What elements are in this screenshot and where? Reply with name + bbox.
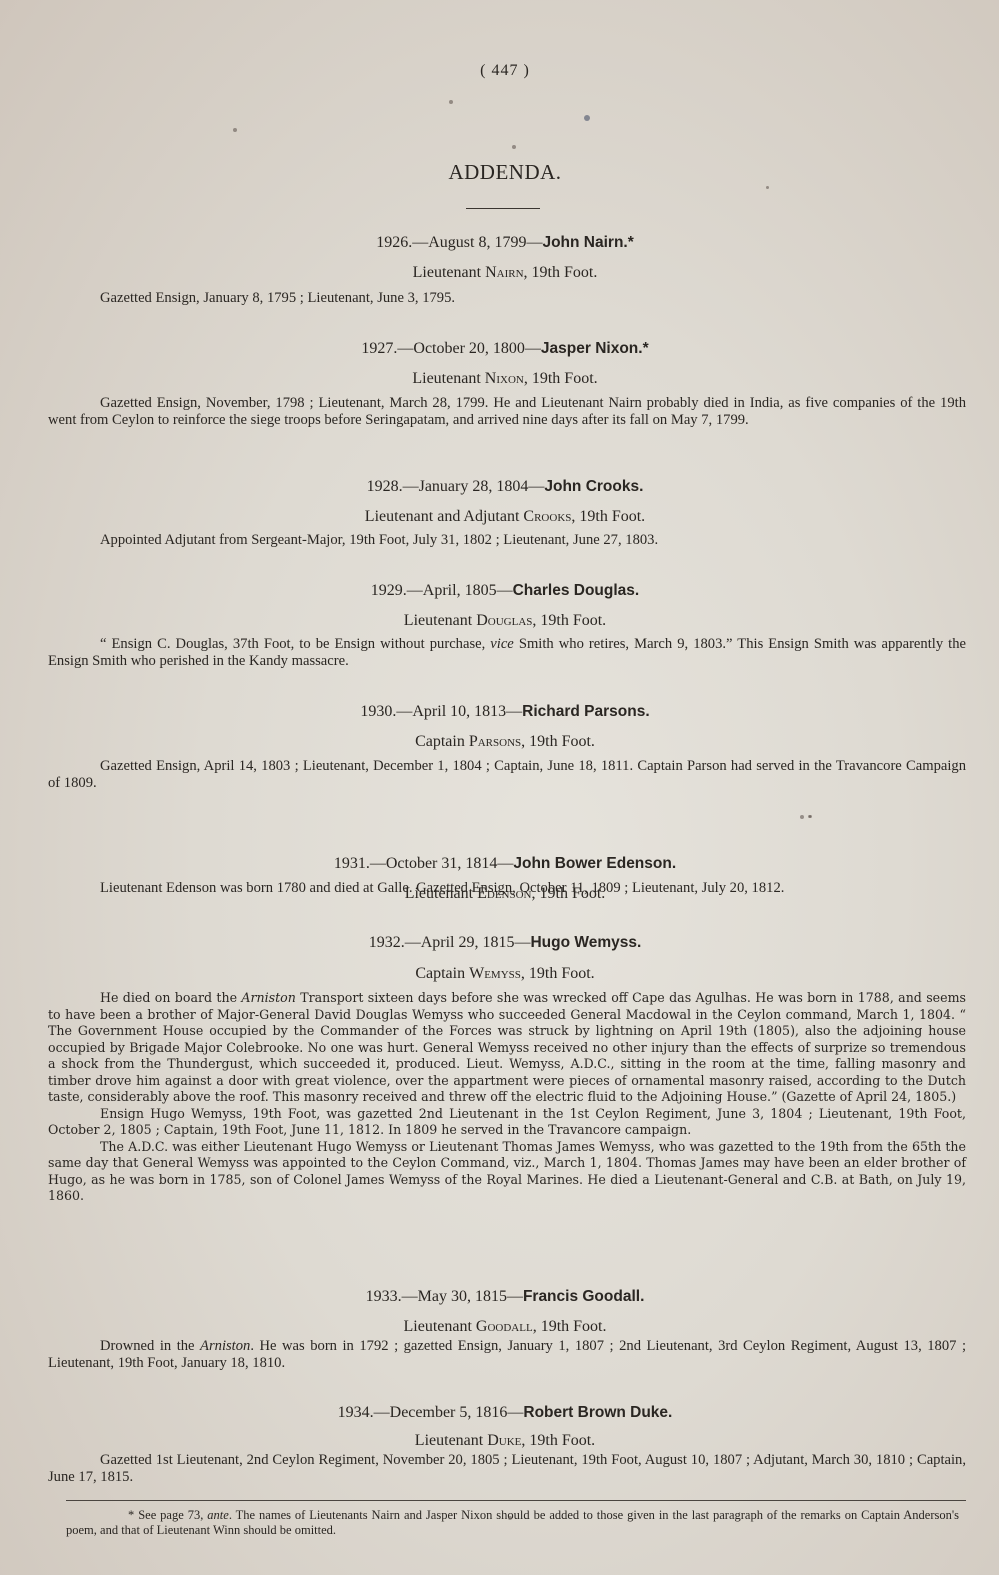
paper-speck	[766, 186, 769, 189]
entry-paragraph: Ensign Hugo Wemyss, 19th Foot, was gazet…	[48, 1106, 966, 1139]
paper-speck	[508, 1516, 512, 1520]
rank-surname: Nairn	[485, 264, 523, 281]
entry-name: Robert Brown Duke.	[523, 1404, 672, 1421]
italic-term: Arniston	[200, 1338, 250, 1354]
entry-paragraph: The A.D.C. was either Lieutenant Hugo We…	[48, 1139, 966, 1205]
entry-name: John Nairn.*	[542, 234, 633, 251]
entry-rank: Lieutenant and Adjutant Crooks, 19th Foo…	[0, 508, 999, 526]
paper-speck	[800, 815, 804, 819]
page-number: ( 447 )	[0, 62, 999, 80]
paper-speck	[584, 115, 590, 121]
paper-speck	[449, 100, 453, 104]
scanned-page: ( 447 ) ADDENDA. 1926.—August 8, 1799—Jo…	[0, 0, 999, 1575]
page-title: ADDENDA.	[0, 160, 999, 185]
entry-rank: Lieutenant Goodall, 19th Foot.	[0, 1318, 999, 1336]
entry-name: Richard Parsons.	[522, 703, 650, 720]
entry-name: Charles Douglas.	[513, 582, 640, 599]
entry-body: He died on board the Arniston Transport …	[48, 990, 966, 1205]
entry-heading: 1928.—January 28, 1804—John Crooks.	[0, 478, 999, 496]
entry-paragraph: Gazetted Ensign, April 14, 1803 ; Lieute…	[48, 758, 966, 792]
entry-paragraph: He died on board the Arniston Transport …	[48, 990, 966, 1106]
entry-paragraph: Lieutenant Edenson was born 1780 and die…	[48, 880, 966, 897]
paper-speck	[233, 128, 237, 132]
entry-heading: 1929.—April, 1805—Charles Douglas.	[0, 582, 999, 600]
entry-body: Appointed Adjutant from Sergeant-Major, …	[48, 532, 966, 549]
entry-rank: Lieutenant Duke, 19th Foot.	[0, 1432, 999, 1450]
entry-rank: Lieutenant Nairn, 19th Foot.	[0, 264, 999, 282]
entry-name: John Crooks.	[544, 478, 643, 495]
entry-heading: 1934.—December 5, 1816—Robert Brown Duke…	[0, 1404, 999, 1422]
paper-speck	[512, 145, 516, 149]
entry-name: Jasper Nixon.*	[541, 340, 649, 357]
title-divider	[466, 208, 540, 209]
entry-heading: 1927.—October 20, 1800—Jasper Nixon.*	[0, 340, 999, 358]
entry-paragraph: Gazetted 1st Lieutenant, 2nd Ceylon Regi…	[48, 1452, 966, 1486]
rank-surname: Wemyss	[469, 965, 521, 982]
entry-heading: 1931.—October 31, 1814—John Bower Edenso…	[0, 855, 999, 873]
entry-heading: 1926.—August 8, 1799—John Nairn.*	[0, 234, 999, 252]
entry-name: Hugo Wemyss.	[530, 934, 641, 951]
entry-paragraph: Gazetted Ensign, November, 1798 ; Lieute…	[48, 395, 966, 429]
italic-term: vice	[490, 636, 514, 652]
rank-surname: Goodall	[476, 1318, 533, 1335]
entry-heading: 1930.—April 10, 1813—Richard Parsons.	[0, 703, 999, 721]
entry-body: Gazetted Ensign, April 14, 1803 ; Lieute…	[48, 758, 966, 792]
footnote-divider	[66, 1500, 966, 1501]
entry-paragraph: Gazetted Ensign, January 8, 1795 ; Lieut…	[48, 290, 966, 307]
entry-name: Francis Goodall.	[523, 1288, 644, 1305]
paper-speck	[808, 815, 811, 818]
italic-term: Arniston	[241, 990, 295, 1005]
rank-surname: Douglas	[476, 612, 532, 629]
rank-surname: Nixon	[485, 370, 524, 387]
entry-body: “ Ensign C. Douglas, 37th Foot, to be En…	[48, 636, 966, 670]
entry-body: Gazetted Ensign, November, 1798 ; Lieute…	[48, 395, 966, 429]
entry-body: Gazetted Ensign, January 8, 1795 ; Lieut…	[48, 290, 966, 307]
entry-body: Gazetted 1st Lieutenant, 2nd Ceylon Regi…	[48, 1452, 966, 1486]
entry-paragraph: Drowned in the Arniston. He was born in …	[48, 1338, 966, 1372]
footnote: * See page 73, ante. The names of Lieute…	[66, 1508, 959, 1538]
entry-paragraph: “ Ensign C. Douglas, 37th Foot, to be En…	[48, 636, 966, 670]
entry-heading: 1932.—April 29, 1815—Hugo Wemyss.	[0, 934, 999, 952]
entry-rank: Lieutenant Douglas, 19th Foot.	[0, 612, 999, 630]
entry-name: John Bower Edenson.	[513, 855, 676, 872]
rank-surname: Duke	[487, 1432, 521, 1449]
entry-body: Lieutenant Edenson was born 1780 and die…	[48, 880, 966, 897]
rank-surname: Crooks	[523, 508, 571, 525]
entry-rank: Captain Wemyss, 19th Foot.	[0, 965, 999, 983]
rank-surname: Parsons	[469, 733, 521, 750]
italic-term: ante	[207, 1508, 229, 1522]
entry-body: Drowned in the Arniston. He was born in …	[48, 1338, 966, 1372]
entry-rank: Captain Parsons, 19th Foot.	[0, 733, 999, 751]
entry-rank: Lieutenant Nixon, 19th Foot.	[0, 370, 999, 388]
entry-paragraph: Appointed Adjutant from Sergeant-Major, …	[48, 532, 966, 549]
entry-heading: 1933.—May 30, 1815—Francis Goodall.	[0, 1288, 999, 1306]
